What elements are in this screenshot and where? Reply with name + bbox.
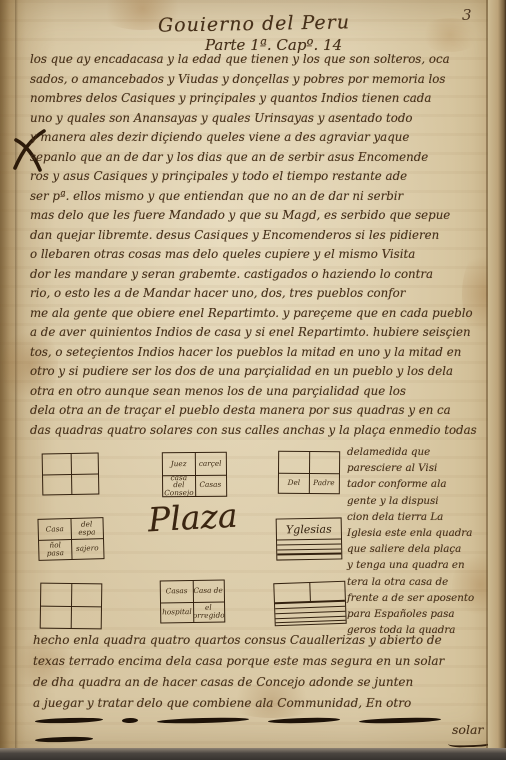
block-cell-label: del espa xyxy=(70,518,103,539)
block-rule xyxy=(275,606,345,610)
line-filler-dashes xyxy=(35,710,475,722)
plaza-label: Plaza xyxy=(147,496,238,540)
catchword: solar xyxy=(452,722,483,737)
block-cell-label: Casas xyxy=(161,581,193,602)
block-cell-label: el corregidor xyxy=(193,601,225,622)
margin-note-line: y tenga una quadra en xyxy=(347,557,502,573)
margin-note-line: cion dela tierra La xyxy=(347,509,502,525)
body-line: o llebaren otras cosas mas delo queles c… xyxy=(30,245,498,265)
body-line: sepanlo que an de dar y los dias que an … xyxy=(30,148,498,168)
body-line: das quadras quatro solares con sus calle… xyxy=(30,421,498,441)
body-line: tos, o seteçientos Indios hacer los pueb… xyxy=(30,343,498,363)
body-line: mas delo que les fuere Mandado y que su … xyxy=(30,206,498,226)
block-rule xyxy=(277,553,341,555)
page-title: Gouierno del Peru xyxy=(158,11,350,36)
body-text: los que ay encadacasa y la edad que tien… xyxy=(30,50,498,440)
block-cell-label: Casas xyxy=(195,474,227,496)
church-label: Yglesias xyxy=(277,518,341,539)
block-cell-label: hospital xyxy=(161,602,193,623)
closing-line: hecho enla quadra quatro quartos consus … xyxy=(33,630,493,651)
body-line: nombres delos Casiques y prinçipales y q… xyxy=(30,89,498,109)
block-cell-label: ñol pasa xyxy=(39,539,72,560)
body-line: a de aver quinientos Indios de casa y si… xyxy=(30,323,498,343)
block-cell-label: carçel xyxy=(194,453,226,475)
city-block-travellers-inn: Casa del espa ñol pasa sajero xyxy=(37,517,104,561)
body-line: rio, o esto les a de Mandar hacer uno, d… xyxy=(30,284,498,304)
closing-line: de dha quadra an de hacer casas de Conce… xyxy=(33,672,493,693)
margin-note-line: tera la otra casa de xyxy=(347,574,502,590)
closing-paragraph: hecho enla quadra quatro quartos consus … xyxy=(33,630,493,714)
manuscript-photo: 3 8 Gouierno del Peru Parte 1ª. Capº. 14… xyxy=(0,0,506,760)
block-cell-label: Padre xyxy=(309,473,339,494)
body-line: dela otra an de traçar el pueblo desta m… xyxy=(30,401,498,421)
margin-note-line: paresciere al Visi xyxy=(347,460,502,476)
block-cell-label: Casa xyxy=(38,519,71,540)
body-line: ros y asus Casiques y prinçipales y todo… xyxy=(30,167,498,187)
city-block-council: Juez carçel casa del Consejo Casas xyxy=(162,452,227,498)
binding-gutter xyxy=(0,0,26,748)
block-rule xyxy=(275,615,345,619)
city-block-plain xyxy=(40,583,103,630)
city-block-priest: Del Padre xyxy=(278,451,340,495)
margin-note-line: que saliere dela plaça xyxy=(347,541,502,557)
margin-note-line: delamedida que xyxy=(347,444,502,460)
city-block-ruled xyxy=(273,581,346,626)
closing-line: texas terrado encima dela casa porque es… xyxy=(33,651,493,672)
body-line: dan quejar libremte. desus Casiques y En… xyxy=(30,226,498,246)
body-line: sados, o amancebados y Viudas y donçella… xyxy=(30,70,498,90)
gutter-crease xyxy=(15,0,18,748)
block-rule xyxy=(277,548,341,550)
book-edge-right xyxy=(488,0,506,748)
body-line: otra en otro aunque sean menos los de un… xyxy=(30,382,498,402)
block-cell-label: casa del Consejo xyxy=(163,475,195,497)
city-block-plain xyxy=(42,453,100,496)
margin-note-line: tador conforme ala xyxy=(347,476,502,492)
body-line: uno y quales son Anansayas y quales Urin… xyxy=(30,109,498,129)
city-block-hospital-corregidor: Casas Casa de hospital el corregidor xyxy=(160,580,226,624)
body-line: otro y si pudiere ser los dos de una par… xyxy=(30,362,498,382)
book-edge-bottom xyxy=(0,748,506,760)
block-rule xyxy=(275,610,345,614)
block-rule xyxy=(276,620,346,624)
margin-note-line: para Españoles pasa xyxy=(347,606,502,622)
margin-note-line: gente y la dispusi xyxy=(347,493,502,509)
margin-note-line: Iglesia este enla quadra xyxy=(347,525,502,541)
body-line: dor les mandare y seran grabemte. castig… xyxy=(30,265,498,285)
block-rule xyxy=(277,543,341,545)
block-cell-label: Juez xyxy=(163,453,195,475)
margin-note: delamedida que paresciere al Visi tador … xyxy=(347,444,502,638)
block-cell-label: sajero xyxy=(71,538,104,559)
block-cell-label: Del xyxy=(279,472,309,493)
body-line: ser pª. ellos mismo y que entiendan que … xyxy=(30,187,498,207)
body-line: me ala gente que obiere enel Repartimto.… xyxy=(30,304,498,324)
margin-note-line: frente a de ser aposento xyxy=(347,590,502,606)
body-line: y manera ales dezir diçiendo queles vien… xyxy=(30,128,498,148)
city-block-church: Yglesias xyxy=(276,517,343,560)
body-line: los que ay encadacasa y la edad que tien… xyxy=(30,50,498,70)
block-cell-label: Casa de xyxy=(192,581,224,602)
block-divider xyxy=(309,583,311,601)
